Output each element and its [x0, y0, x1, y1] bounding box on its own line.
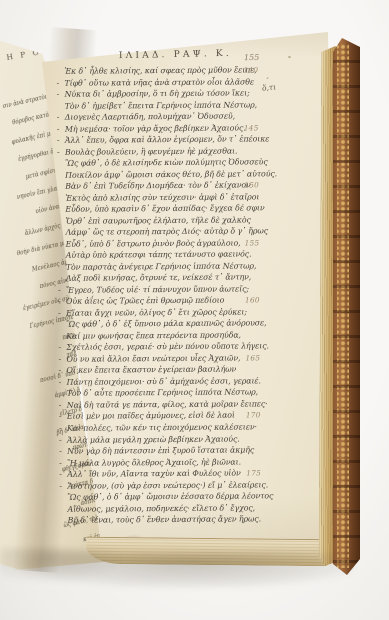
annotation-tick-mark: ῎ [266, 78, 269, 84]
line-number: 155 [245, 237, 260, 249]
speech-dash: - [59, 480, 62, 492]
text-line: -Οὐκ ἀΐεις ὡς Τρῶες ἐπὶ θρωσμῷ πεδίοιο16… [66, 294, 278, 307]
verse-text: Ὣς φάθ᾽, ὁ δ᾽ ἐξ ὕπνοιο μάλα κραιπνῶς ἀν… [66, 318, 266, 328]
verse-text: Ἄνστησον, (σὺ γὰρ ἐσσι νεώτερος·) εἴ μ᾽ … [67, 479, 268, 489]
verso-running-title-fragment: Η Ρ ΟΥ [6, 46, 49, 62]
verse-text: Ἀλλ᾽ ἕπευ, ὄφρα καὶ ἄλλον ἐγείρομεν, ὅν … [65, 134, 270, 144]
verse-text: Μὴ νεμέσα· τοῖον γὰρ ἄχος βεβίηκεν Ἀχαιο… [65, 123, 246, 133]
speech-dash: - [57, 111, 60, 123]
text-line: -Οὔ νυ καὶ ἄλλοι ἔασι νεώτεροι υἷες Ἀχαι… [66, 352, 278, 365]
line-number: 175 [246, 467, 261, 479]
verse-text: Πάντῃ ἐποιχόμενοι· σὺ δ᾽ ἀμήχανός ἐσσι, … [67, 376, 261, 386]
verse-text: Εἵαται ἄγχι νεῶν, ὀλίγος δ᾽ ἔτι χῶρος ἐρ… [66, 307, 247, 317]
verse-text: Βῆ δ᾽ ἰέναι, τοὺς δ᾽ ἔνθεν ἀναστήσας ἄγε… [68, 514, 261, 524]
page-number: 155 [244, 53, 259, 62]
text-line: -Ἀλλ᾽ ἕπευ, ὄφρα καὶ ἄλλον ἐγείρομεν, ὅν… [65, 133, 277, 146]
verse-text: Οὐκ ἀΐεις ὡς Τρῶες ἐπὶ θρωσμῷ πεδίοιο [66, 295, 224, 305]
verse-text: Τὸν δ᾽ ἠμείβετ᾽ ἔπειτα Γερήνιος ἱππότα Ν… [65, 99, 257, 109]
text-line: -Βουλὰς βουλεύειν, ἢ φευγέμεν ἠὲ μάχεσθα… [65, 144, 277, 157]
text-line: -Εἵαται ἄγχι νεῶν, ὀλίγος δ᾽ ἔτι χῶρος ἐ… [66, 306, 278, 319]
verse-text: Ναὶ δὴ ταῦτά γε πάντα, φίλος, κατὰ μοῖρα… [67, 399, 268, 409]
speech-dash: - [58, 284, 61, 296]
text-line: -Οἵ κεν ἔπειτα ἕκαστον ἐγείρειαν βασιλήω… [66, 363, 278, 376]
verse-text: Λάμφ᾽ ὥς τε στεροπὴ πατρὸς Διός· αὐτὰρ ὅ… [66, 226, 268, 236]
text-line: Βὰν δ᾽ ἐπὶ Τυδεΐδην Διομήδεα· τὸν δ᾽ ἐκί… [65, 179, 277, 192]
verse-text: Οἵ κεν ἔπειτα ἕκαστον ἐγείρειαν βασιλήων [66, 364, 236, 374]
text-line: Ὣς φάθ᾽, ὁ δὲ κλισίηνδε κιὼν πολύμητις Ὀ… [65, 156, 277, 169]
text-line: Ἐκ δ᾽ ἦλθε κλισίης, καί σφεας πρὸς μῦθον… [64, 64, 276, 77]
verse-text: Εἰσὶ μὲν μοι παῖδες ἀμύμονες, εἰσὶ δὲ λα… [67, 411, 235, 421]
verse-text: Διογενὲς Λαερτιάδη, πολυμήχαν᾽ Ὀδυσσεῦ, [65, 111, 235, 121]
text-line: -Ἢ μάλα λυγρὸς ὄλεθρος Ἀχαιοῖς, ἠὲ βιῶνα… [67, 455, 279, 468]
text-line: -Ἄνστησον, (σὺ γὰρ ἐσσι νεώτερος·) εἴ μ᾽… [67, 478, 279, 491]
verse-text: Ἔγρεο, Τυδέος υἱέ· τί πάννυχον ὕπνον ἀωτ… [66, 284, 249, 294]
verse-text: Σχέτλιός ἐσσι, γεραιέ· σὺ μὲν πόνου οὔπο… [66, 341, 269, 351]
text-line: Βῆ δ᾽ ἰέναι, τοὺς δ᾽ ἔνθεν ἀναστήσας ἄγε… [68, 513, 280, 526]
text-line: -Ναὶ δὴ ταῦτά γε πάντα, φίλος, κατὰ μοῖρ… [67, 398, 279, 411]
text-line: Ὣς φάθ᾽, ὁ δ᾽ ἐξ ὕπνοιο μάλα κραιπνῶς ἀν… [66, 317, 278, 330]
verse-text: Εὗδον, ὑπὸ κρασὶν δ᾽ ἔχον ἀσπίδας· ἔγχεα… [65, 203, 264, 213]
verse-text: Καὶ πολέες, τῶν κέν τις ἐποιχόμενος καλέ… [67, 422, 257, 432]
text-line: -Νύκτα δι᾽ ἀμβροσίην, ὅ τι δὴ χρειὼ τόσο… [65, 87, 277, 100]
verse-text: Τὸν δ᾽ αὖτε προσέειπε Γερήνιος ἱππότα Νέ… [67, 387, 258, 397]
text-line: -Διογενὲς Λαερτιάδη, πολυμήχαν᾽ Ὀδυσσεῦ, [65, 110, 277, 123]
verse-text: Ποικίλον ἀμφ᾽ ὤμοισι σάκος θέτο, βῆ δὲ μ… [65, 168, 277, 178]
text-line: -Ἀλλ᾽ ἴθι νῦν, Αἴαντα ταχὺν καὶ Φυλέος υ… [67, 467, 279, 480]
text-line: -Ἀλλὰ μάλα μεγάλη χρειὼ βεβίηκεν Ἀχαιούς… [67, 432, 279, 445]
verse-text: Αἴθωνος, μεγάλοιο, ποδηνεκές· εἵλετο δ᾽ … [67, 503, 255, 513]
line-number: 160 [245, 294, 260, 306]
cast-shadow-left [0, 548, 120, 582]
verse-text: Καί μιν φωνήσας ἔπεα πτερόεντα προσηύδα, [66, 330, 241, 340]
speech-dash: - [59, 399, 62, 411]
verse-text: Τίφθ᾽ οὕτω κατὰ νῆας ἀνὰ στρατὸν οἶοι ἀλ… [64, 76, 254, 86]
line-number: 140 [243, 64, 258, 76]
text-line: -Ἔγρεο, Τυδέος υἱέ· τί πάννυχον ὕπνον ἀω… [66, 283, 278, 296]
text-line: Τὸν δ᾽ ἠμείβετ᾽ ἔπειτα Γερήνιος ἱππότα Ν… [65, 98, 277, 111]
verse-text: Νῦν γὰρ δὴ πάντεσσιν ἐπὶ ξυροῦ ἵσταται ἀ… [67, 445, 254, 455]
text-line: Εὗδ᾽, ὑπὸ δ᾽ ἔστρωτο ῥινὸν βοὸς ἀγραύλοι… [66, 236, 278, 249]
verse-text: Εὗδ᾽, ὑπὸ δ᾽ ἔστρωτο ῥινὸν βοὸς ἀγραύλοι… [66, 238, 241, 248]
speech-dash: - [58, 365, 61, 377]
text-line: Λὰξ ποδὶ κινήσας, ὄτρυνέ τε, νείκεσέ τ᾽ … [66, 271, 278, 284]
line-number: 170 [246, 409, 261, 421]
verse-text: Βὰν δ᾽ ἐπὶ Τυδεΐδην Διομήδεα· τὸν δ᾽ ἐκί… [65, 180, 251, 190]
text-line: Εὗδον, ὑπὸ κρασὶν δ᾽ ἔχον ἀσπίδας· ἔγχεα… [65, 202, 277, 215]
text-line: Τὸν δ᾽ αὖτε προσέειπε Γερήνιος ἱππότα Νέ… [67, 386, 279, 399]
text-line: Αὐτὰρ ὑπὸ κράτεσφι τάπης τετάνυστο φαειν… [66, 248, 278, 261]
verse-text: Οὔ νυ καὶ ἄλλοι ἔασι νεώτεροι υἷες Ἀχαιῶ… [66, 353, 240, 363]
verse-text: Ὣς φάθ᾽, ὁ δ᾽ ἀμφ᾽ ὤμοισιν ἑέσσατο δέρμα… [67, 491, 273, 501]
book-photo: Η Ρ ΟΥ σιν ἀνὰ στρατὸν ὦκαθόρυβος κατὰ ν… [0, 0, 389, 620]
speech-dash: - [59, 468, 62, 480]
speech-dash: - [57, 134, 60, 146]
greek-text-block: Ἐκ δ᾽ ἦλθε κλισίης, καί σφεας πρὸς μῦθον… [64, 64, 279, 526]
binding-texture [333, 38, 360, 575]
line-number: 165 [245, 352, 260, 364]
text-line: Λάμφ᾽ ὥς τε στεροπὴ πατρὸς Διός· αὐτὰρ ὅ… [66, 225, 278, 238]
speech-dash: - [59, 434, 62, 446]
handwritten-margin-annotation: ῎ὅ,τι [262, 82, 277, 92]
verse-text: Τὸν παρστὰς ἀνέγειρε Γερήνιος ἱππότα Νέσ… [66, 261, 257, 271]
text-line: -Εἰσὶ μὲν μοι παῖδες ἀμύμονες, εἰσὶ δὲ λ… [67, 409, 279, 422]
text-line: Αἴθωνος, μεγάλοιο, ποδηνεκές· εἵλετο δ᾽ … [67, 501, 279, 514]
verse-text: Ἐκ δ᾽ ἦλθε κλισίης, καί σφεας πρὸς μῦθον… [64, 65, 256, 75]
text-line: Ἐκτὸς ἀπὸ κλισίης σὺν τεύχεσιν· ἀμφὶ δ᾽ … [65, 190, 277, 203]
text-line: Καί μιν φωνήσας ἔπεα πτερόεντα προσηύδα, [66, 329, 278, 342]
speech-dash: - [59, 457, 62, 469]
speech-dash: - [57, 146, 60, 158]
speech-dash: - [58, 296, 61, 308]
line-number: 145 [244, 121, 259, 133]
verse-text: Ἀλλὰ μάλα μεγάλη χρειὼ βεβίηκεν Ἀχαιούς. [67, 434, 240, 444]
verse-text: Νύκτα δι᾽ ἀμβροσίην, ὅ τι δὴ χρειὼ τόσον… [65, 88, 250, 98]
verse-text: Βουλὰς βουλεύειν, ἢ φευγέμεν ἠὲ μάχεσθαι… [65, 146, 237, 156]
verse-text: Ὣς φάθ᾽, ὁ δὲ κλισίηνδε κιὼν πολύμητις Ὀ… [65, 157, 268, 167]
text-line: -Νῦν γὰρ δὴ πάντεσσιν ἐπὶ ξυροῦ ἵσταται … [67, 444, 279, 457]
verse-text: Ἀλλ᾽ ἴθι νῦν, Αἴαντα ταχὺν καὶ Φυλέος υἱ… [67, 468, 240, 478]
verse-text: Ἢ μάλα λυγρὸς ὄλεθρος Ἀχαιοῖς, ἠὲ βιῶναι… [67, 457, 241, 467]
speech-dash: - [58, 307, 61, 319]
speech-dash: - [59, 445, 62, 457]
speech-dash: - [58, 342, 61, 354]
text-line: Ποικίλον ἀμφ᾽ ὤμοισι σάκος θέτο, βῆ δὲ μ… [65, 167, 277, 180]
verse-text: Ἐκτὸς ἀπὸ κλισίης σὺν τεύχεσιν· ἀμφὶ δ᾽ … [65, 192, 259, 202]
speech-dash: - [57, 123, 60, 135]
text-line: Ὄρθ᾽ ἐπὶ σαυρωτῆρος ἐλήλατο, τῆλε δὲ χαλ… [65, 213, 277, 226]
verse-text: Ὄρθ᾽ ἐπὶ σαυρωτῆρος ἐλήλατο, τῆλε δὲ χαλ… [65, 215, 250, 225]
text-line: -Μὴ νεμέσα· τοῖον γὰρ ἄχος βεβίηκεν Ἀχαι… [65, 121, 277, 134]
text-line: -Πάντῃ ἐποιχόμενοι· σὺ δ᾽ ἀμήχανός ἐσσι,… [67, 375, 279, 388]
text-line: Τὸν παρστὰς ἀνέγειρε Γερήνιος ἱππότα Νέσ… [66, 260, 278, 273]
speech-dash: - [59, 376, 62, 388]
text-line: -Τίφθ᾽ οὕτω κατὰ νῆας ἀνὰ στρατὸν οἶοι ἀ… [64, 75, 276, 88]
text-line: -Καὶ πολέες, τῶν κέν τις ἐποιχόμενος καλ… [67, 421, 279, 434]
text-line: Ὣς φάθ᾽, ὁ δ᾽ ἀμφ᾽ ὤμοισιν ἑέσσατο δέρμα… [67, 490, 279, 503]
speech-dash: - [57, 88, 60, 100]
foxing-speck [288, 56, 291, 58]
verse-text: Αὐτὰρ ὑπὸ κράτεσφι τάπης τετάνυστο φαειν… [66, 249, 252, 259]
speech-dash: - [58, 353, 61, 365]
verse-text: Λὰξ ποδὶ κινήσας, ὄτρυνέ τε, νείκεσέ τ᾽ … [66, 272, 251, 282]
speech-dash: - [59, 411, 62, 423]
speech-dash: - [56, 77, 59, 89]
line-number: 150 [244, 179, 259, 191]
speech-dash: - [59, 422, 62, 434]
text-line: -Σχέτλιός ἐσσι, γεραιέ· σὺ μὲν πόνου οὔπ… [66, 340, 278, 353]
leather-binding-board [333, 38, 360, 575]
